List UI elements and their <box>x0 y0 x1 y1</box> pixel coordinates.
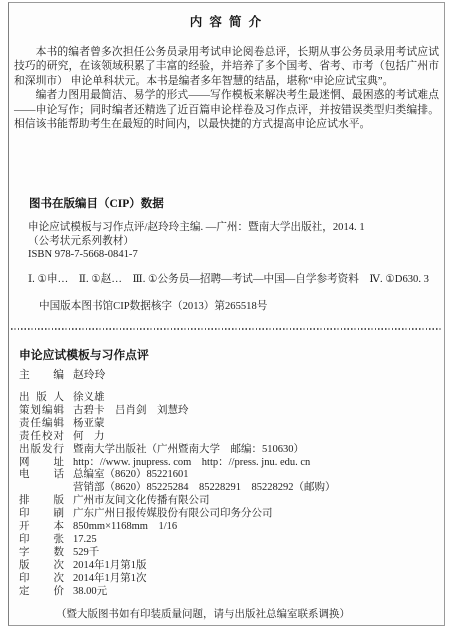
row-label: 印刷 <box>19 508 64 521</box>
colophon-row: 网址http：//www. jnupress. com http：//press… <box>19 457 444 470</box>
row-value: 850mm×1168mm 1/16 <box>64 521 177 532</box>
row-label: 印张 <box>19 534 64 547</box>
row-value: 徐义雄 <box>64 392 105 403</box>
row-label: 责任编辑 <box>19 418 64 431</box>
row-label: 字数 <box>19 547 64 560</box>
intro-paragraph: 编者力图用最简洁、易学的形式——写作模板来解决考生最迷惘、最困惑的考试难点——申… <box>14 88 439 131</box>
cip-record-number: 中国版本图书馆CIP数据核字（2013）第265518号 <box>9 298 444 313</box>
colophon-row: 印次2014年1月第1次 <box>19 573 444 586</box>
chief-editor-row: 主编赵玲玲 <box>19 368 444 382</box>
colophon: 申论应试模板与习作点评 主编赵玲玲 出版人徐义雄策划编辑古碧卡 吕肖剑 刘慧玲责… <box>9 346 444 621</box>
row-value: 2014年1月第1次 <box>64 573 147 584</box>
colophon-row: 开本850mm×1168mm 1/16 <box>19 521 444 534</box>
row-label: 定价 <box>19 586 64 599</box>
colophon-row: 出版发行暨南大学出版社（广州暨南大学 邮编：510630） <box>19 444 444 457</box>
row-value: 17.25 <box>64 534 97 545</box>
dotted-divider <box>11 328 442 330</box>
row-value: 广东广州日报传媒股份有限公司印务分公司 <box>64 508 273 519</box>
row-value: 赵玲玲 <box>64 369 105 381</box>
row-label: 责任校对 <box>19 431 64 444</box>
colophon-row: 定价38.00元 <box>19 586 444 599</box>
colophon-rows: 出版人徐义雄策划编辑古碧卡 吕肖剑 刘慧玲责任编辑杨亚蒙责任校对何 力出版发行暨… <box>19 392 444 599</box>
row-value: 529千 <box>64 547 99 558</box>
colophon-row: 营销部（8620）85225284 85228291 85228292（邮购） <box>19 482 444 495</box>
colophon-row: 印张17.25 <box>19 534 444 547</box>
row-value: 杨亚蒙 <box>64 418 105 429</box>
row-value: 营销部（8620）85225284 85228291 85228292（邮购） <box>64 482 336 493</box>
row-label: 出版发行 <box>19 444 64 457</box>
row-value: 总编室（8620）85221601 <box>64 469 189 480</box>
row-label: 排版 <box>19 495 64 508</box>
row-label: 印次 <box>19 573 64 586</box>
cip-line-title: 申论应试模板与习作点评/赵玲玲主编. —广州：暨南大学出版社，2014. 1 <box>28 221 444 234</box>
row-label: 网址 <box>19 457 64 470</box>
row-label: 策划编辑 <box>19 405 64 418</box>
cip-description: 申论应试模板与习作点评/赵玲玲主编. —广州：暨南大学出版社，2014. 1 （… <box>9 221 444 261</box>
colophon-row: 出版人徐义雄 <box>19 392 444 405</box>
colophon-row: 版次2014年1月第1版 <box>19 560 444 573</box>
book-title: 申论应试模板与习作点评 <box>19 346 444 363</box>
row-value: 广州市友间文化传播有限公司 <box>64 495 210 506</box>
quality-note: （暨大版图书如有印装质量问题，请与出版社总编室联系调换） <box>19 606 444 621</box>
cip-line-isbn: ISBN 978-7-5668-0841-7 <box>28 248 444 261</box>
row-value: 2014年1月第1版 <box>64 560 147 571</box>
row-value: 暨南大学出版社（广州暨南大学 邮编：510630） <box>64 444 304 455</box>
cip-line-series: （公考状元系列教材） <box>28 235 444 248</box>
colophon-row: 责任校对何 力 <box>19 431 444 444</box>
colophon-row: 排版广州市友间文化传播有限公司 <box>19 495 444 508</box>
row-label: 出版人 <box>19 392 64 405</box>
row-label: 电话 <box>19 469 64 482</box>
colophon-row: 策划编辑古碧卡 吕肖剑 刘慧玲 <box>19 405 444 418</box>
intro-paragraph: 本书的编者曾多次担任公务员录用考试申论阅卷总评，长期从事公务员录用考试应试技巧的… <box>14 45 439 88</box>
row-label: 开本 <box>19 521 64 534</box>
intro-title: 内 容 简 介 <box>9 12 444 30</box>
row-value: http：//www. jnupress. com http：//press. … <box>64 457 310 468</box>
row-label: 版次 <box>19 560 64 573</box>
colophon-row: 责任编辑杨亚蒙 <box>19 418 444 431</box>
row-value: 何 力 <box>64 431 105 442</box>
colophon-row: 印刷广东广州日报传媒股份有限公司印务分公司 <box>19 508 444 521</box>
copyright-page: 内 容 简 介 本书的编者曾多次担任公务员录用考试申论阅卷总评，长期从事公务员录… <box>8 2 445 626</box>
colophon-row: 电话总编室（8620）85221601 <box>19 469 444 482</box>
cip-classification: Ⅰ. ①申… Ⅱ. ①赵… Ⅲ. ①公务员—招聘—考试—中国—自学参考资料 Ⅳ.… <box>9 271 444 286</box>
row-label: 主编 <box>19 368 64 382</box>
row-value: 38.00元 <box>64 586 107 597</box>
colophon-row: 字数529千 <box>19 547 444 560</box>
cip-heading: 图书在版编目（CIP）数据 <box>9 195 444 211</box>
intro-body: 本书的编者曾多次担任公务员录用考试申论阅卷总评，长期从事公务员录用考试应试技巧的… <box>9 45 444 131</box>
row-value: 古碧卡 吕肖剑 刘慧玲 <box>64 405 189 416</box>
